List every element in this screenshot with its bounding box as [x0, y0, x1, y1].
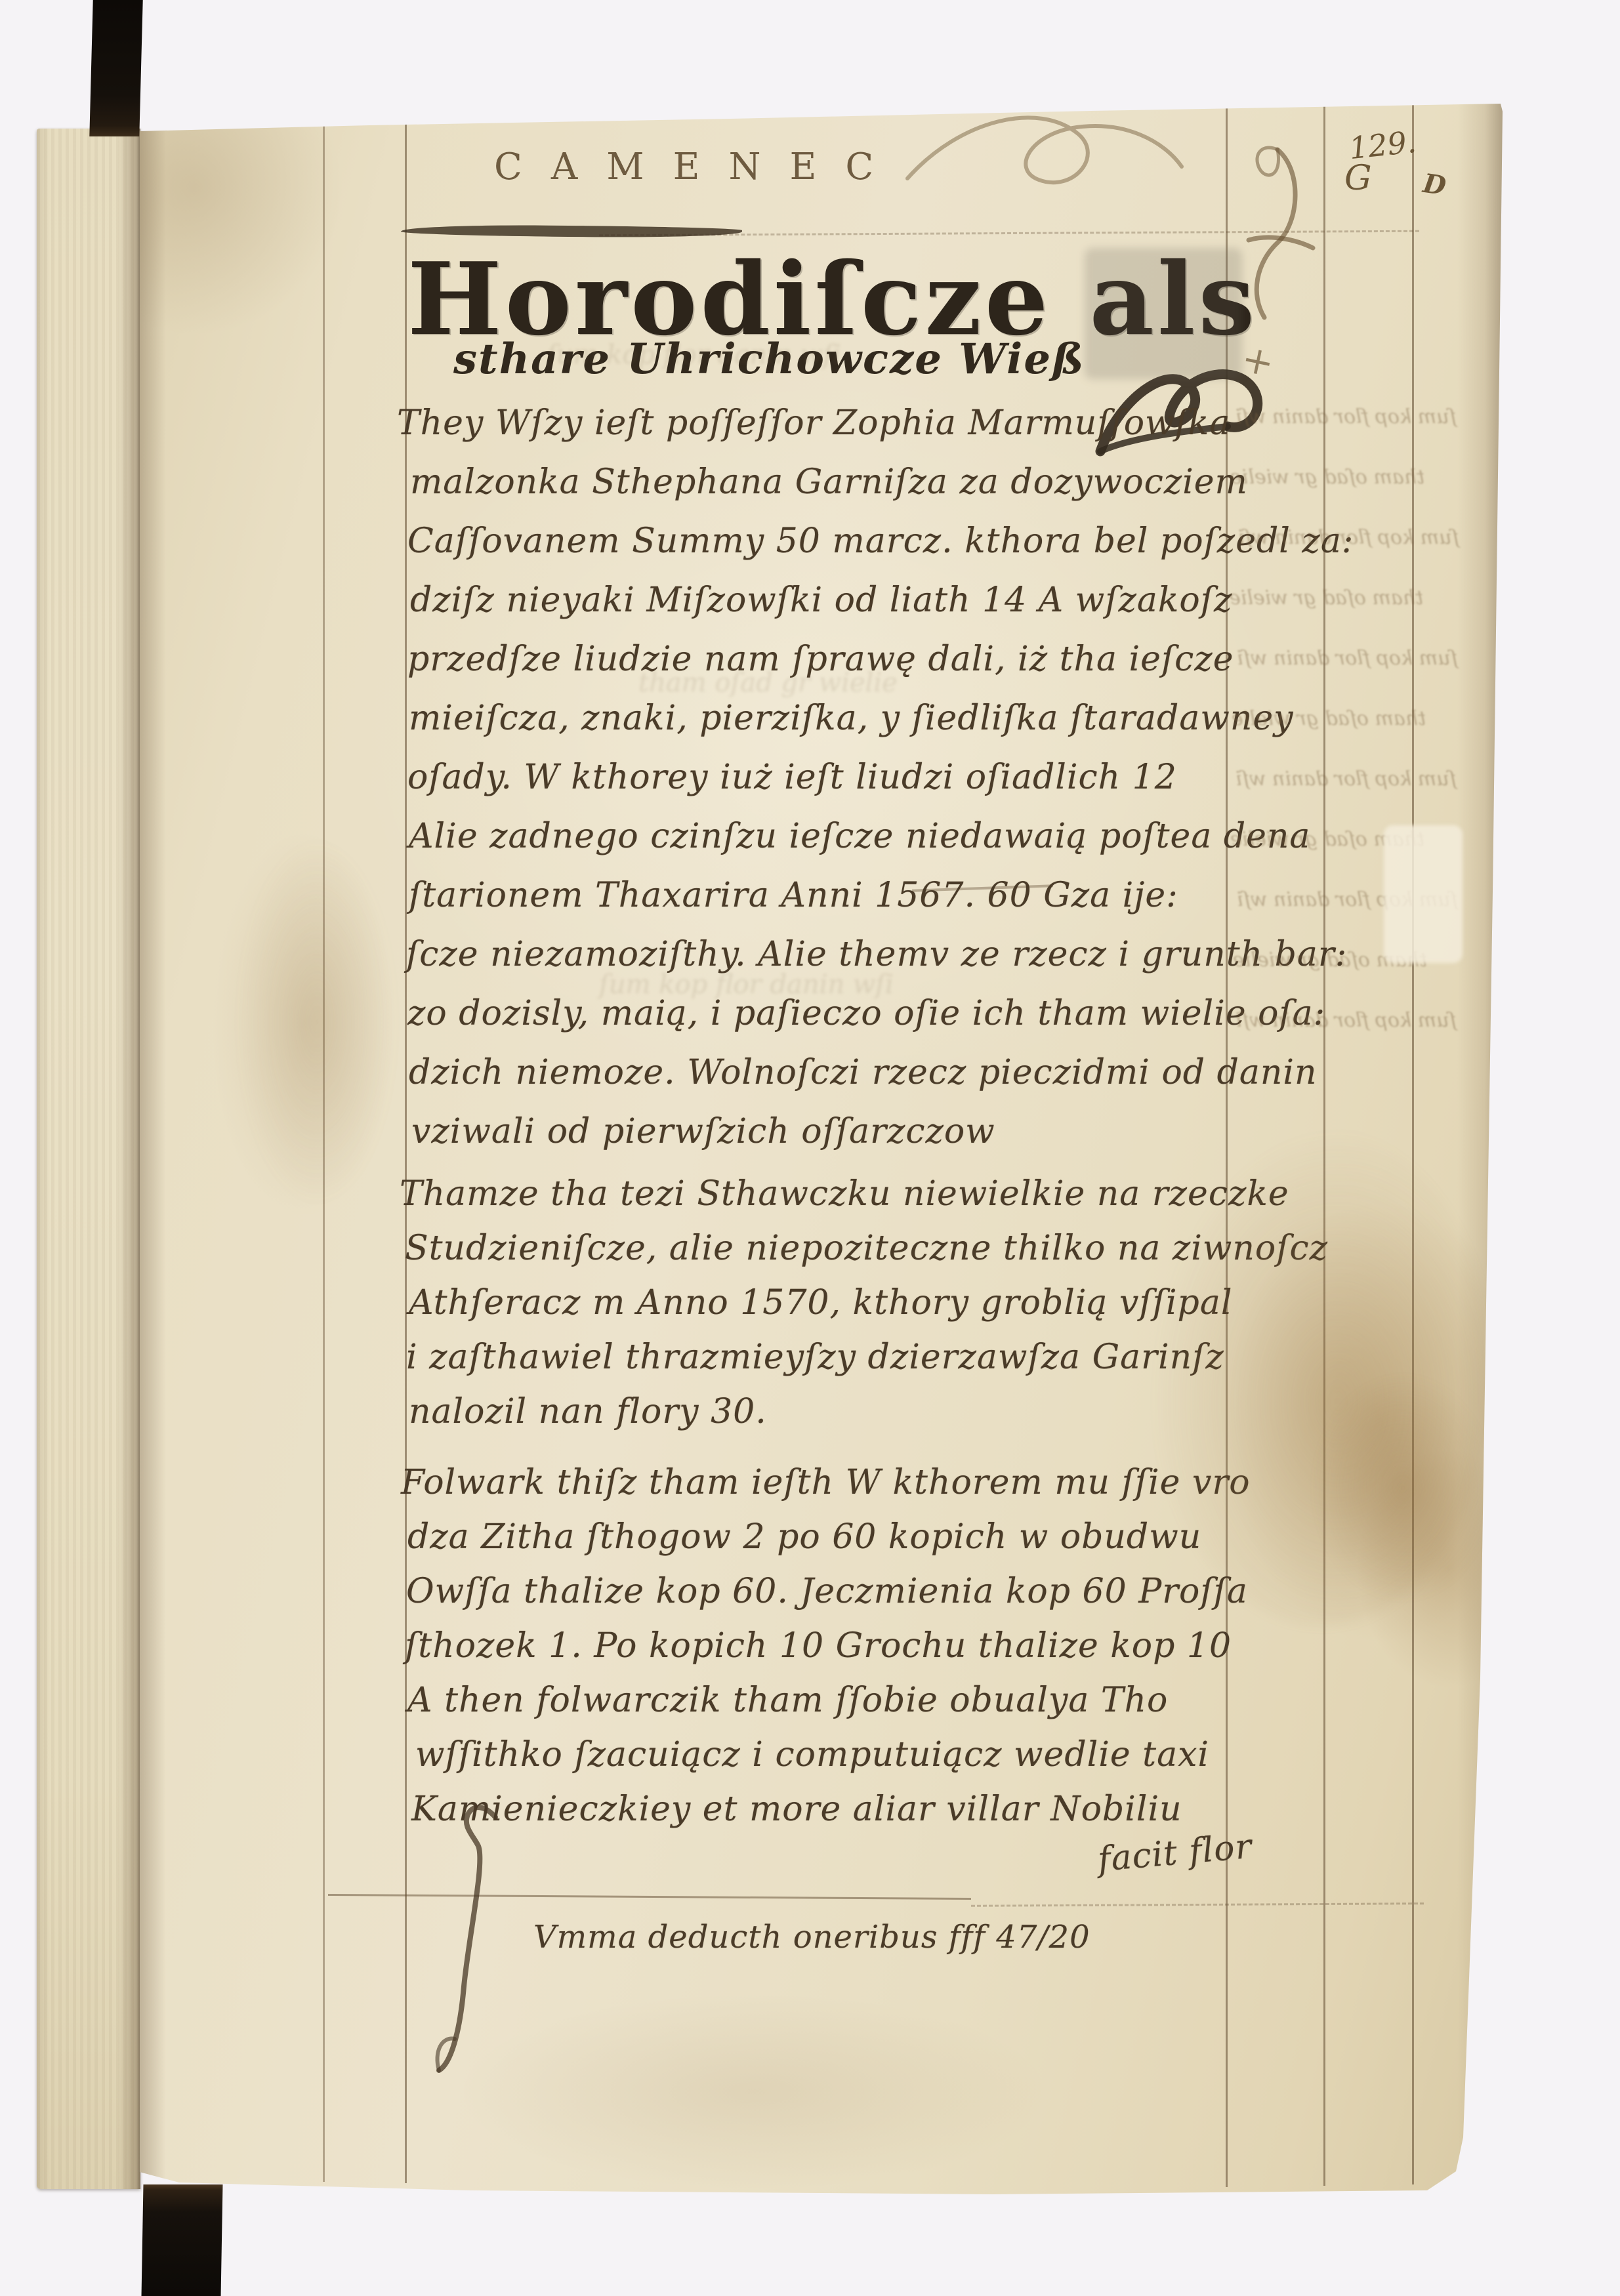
manuscript-line: ſthozek 1. Po kopich 10 Grochu thalize k…: [405, 1626, 1232, 1666]
manuscript-line: i zaſthawiel thrazmieyſzy dzierzawſza Ga…: [406, 1338, 1224, 1377]
manuscript-line: mieiſcza, znaki, pierziſka, y ſiedliſka …: [409, 699, 1294, 738]
bleedthrough-text: ſum kop flor danin wſi: [1237, 888, 1458, 911]
manuscript-line: ſcze niezamoziſthy. Alie themv ze rzecz …: [406, 935, 1347, 974]
gutter-shadow: [140, 104, 166, 2196]
facit-note: facit flor: [1096, 1827, 1254, 1879]
bleedthrough-text: tham oſad gr wielie: [638, 668, 898, 698]
bookmark-strap-bottom: [142, 2184, 223, 2296]
manuscript-line: Caſſovanem Summy 50 marcz. kthora bel po…: [407, 522, 1354, 561]
manuscript-line: wſſithko ſzacuiącz i computuiącz wedlie …: [415, 1735, 1209, 1774]
manuscript-line: They Wſzy ieſt poſſeſſor Zophia Marmuſſo…: [397, 403, 1230, 443]
summa-line: Vmma deducth oneribus fff 47/20: [533, 1919, 1090, 1956]
manuscript-line: zo dozisly, maią, i paſieczo oſie ich th…: [407, 994, 1325, 1033]
ruled-line-outer-left: [323, 122, 325, 2182]
flourish-swirl-icon: [901, 93, 1190, 218]
manuscript-page: CAMENEC 129. G D + Horodiſcze als sthare…: [140, 104, 1503, 2196]
page-right-edge: [1457, 104, 1503, 2196]
bleedthrough-text: ſum kop flor danin wſi: [599, 970, 894, 1000]
column-letter-d: D: [1421, 168, 1448, 201]
summa-paraph-icon: [435, 1803, 507, 2085]
header-rule-ink-smear: [401, 224, 742, 239]
bleedthrough-text: tham oſad gr wielie: [1232, 707, 1426, 730]
manuscript-line: dziſz nieyaki Miſzowſki od liath 14 A wſ…: [410, 581, 1232, 620]
summa-rule-right: [971, 1902, 1424, 1907]
stain-left-margin: [238, 838, 396, 1206]
summa-rule-left: [328, 1894, 971, 1900]
manuscript-line: malzonka Sthephana Garniſza za dozywoczi…: [410, 462, 1248, 502]
column-letter-g: G: [1344, 159, 1372, 198]
bleedthrough-text: ſum kop flor danin wſi: [547, 340, 841, 370]
bleedthrough-text: tham oſad gr wielie: [1229, 586, 1423, 609]
manuscript-line: A then folwarczik tham ſſobie obualya Th…: [407, 1681, 1168, 1720]
bleedthrough-text: tham oſad gr wielie: [1230, 828, 1424, 851]
bleedthrough-text: ſum kop flor danin wſi: [1238, 526, 1459, 549]
manuscript-line: dza Zitha ſthogow 2 po 60 kopich w obudw…: [407, 1517, 1201, 1557]
manuscript-scan: CAMENEC 129. G D + Horodiſcze als sthare…: [0, 0, 1620, 2296]
manuscript-line: oſady. W kthorey iuż ieſt liudzi oſiadli…: [407, 758, 1177, 797]
book-block-edge: [37, 129, 140, 2189]
manuscript-line: Alie zadnego czinſzu ieſcze niedawaią po…: [409, 817, 1310, 856]
manuscript-line: Kamienieczkiey et more aliar villar Nobi…: [411, 1790, 1182, 1829]
manuscript-line: Folwark thiſz tham ieſth W kthorem mu ſſ…: [401, 1463, 1251, 1502]
bleedthrough-text: ſum kop flor danin wſi: [1236, 405, 1457, 428]
bleedthrough-text: ſum kop flor danin wſi: [1237, 647, 1458, 670]
bleedthrough-text: ſum kop flor danin wſi: [1236, 768, 1457, 790]
manuscript-line: vziwali od pierwſzich oſſarzczow: [411, 1112, 995, 1151]
manuscript-line: Owſſa thalize kop 60. Jeczmienia kop 60 …: [406, 1572, 1248, 1611]
manuscript-line: Athſeracz m Anno 1570, kthory groblią vſ…: [409, 1283, 1232, 1322]
bleedthrough-text: ſum kop flor danin wſi: [1236, 1009, 1457, 1032]
manuscript-line: Thamze tha tezi Sthawczku niewielkie na …: [400, 1174, 1289, 1214]
manuscript-line: nalozil nan flory 30.: [409, 1392, 767, 1431]
manuscript-line: Studzieniſcze, alie niepoziteczne thilko…: [405, 1229, 1328, 1268]
bleedthrough-text: tham oſad gr wielie: [1233, 949, 1427, 972]
bleedthrough-text: tham oſad gr wielie: [1230, 466, 1424, 489]
manuscript-line: dzich niemoze. Wolnoſczi rzecz pieczidmi…: [409, 1053, 1317, 1092]
manuscript-line: ſtarionem Thaxarira Anni 1567. 60 Gza ij…: [409, 876, 1178, 915]
bookmark-strap-top: [89, 0, 142, 136]
